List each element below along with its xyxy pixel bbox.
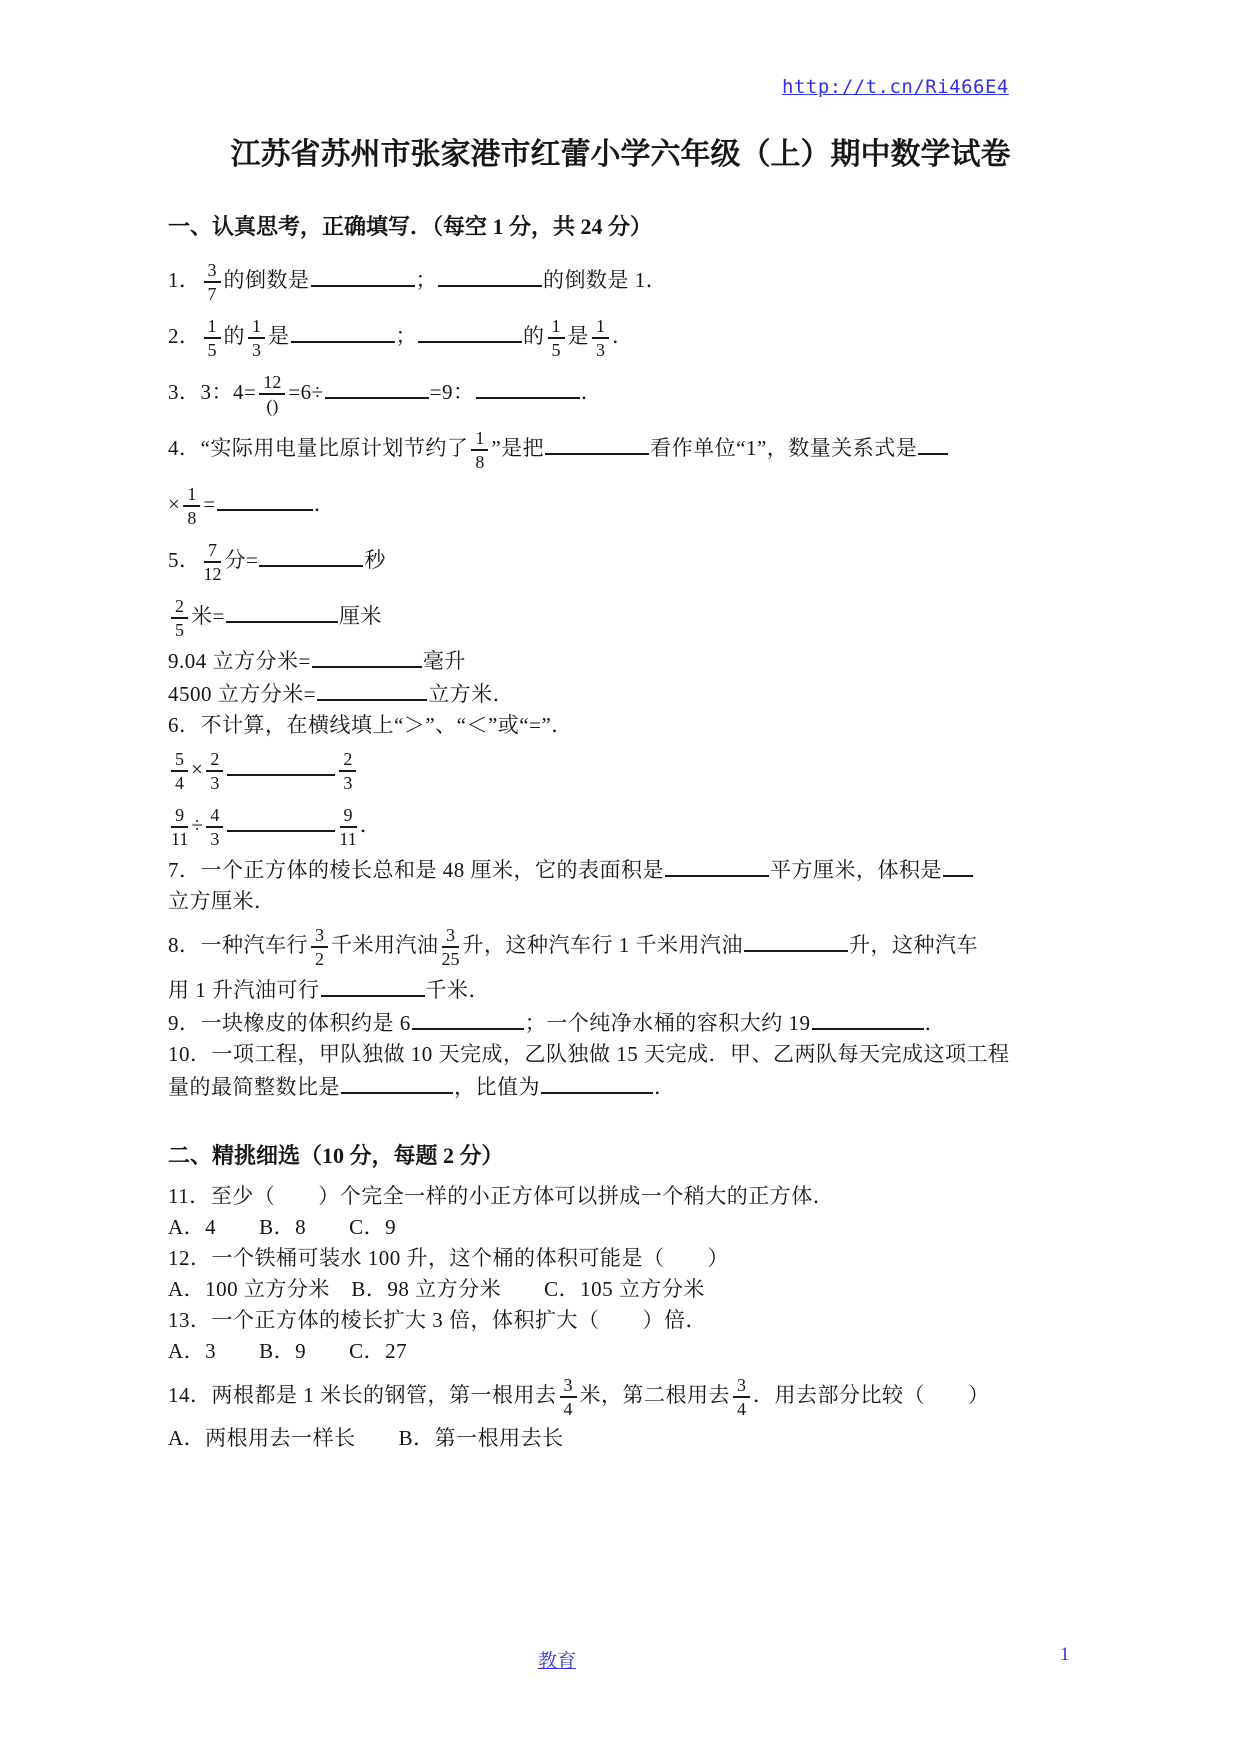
text-run: × — [191, 757, 203, 781]
question-1: 1．37的倒数是；的倒数是 1． — [168, 252, 1073, 308]
text-run: 10．一项工程，甲队独做 10 天完成，乙队独做 15 天完成．甲、乙两队每天完… — [168, 1042, 1010, 1066]
text-run: 用 1 升汽油可行 — [168, 978, 320, 1002]
text-run: 秒 — [364, 548, 386, 572]
question-10-line-1: 10．一项工程，甲队独做 10 天完成，乙队独做 15 天完成．甲、乙两队每天完… — [168, 1039, 1073, 1070]
question-9: 9．一块橡皮的体积约是 6；一个纯净水桶的容积大约 19． — [168, 1006, 1073, 1039]
question-5-line-2: 25米=厘米 — [168, 588, 1073, 644]
blank-field — [312, 644, 422, 668]
fraction: 15 — [204, 316, 221, 360]
question-6-compare-1: 54×2323 — [168, 741, 1073, 797]
text-run: 8．一种汽车行 — [168, 933, 308, 957]
fraction: 23 — [206, 749, 223, 793]
text-run: ． — [314, 492, 336, 516]
question-5-line-1: 5．712分=秒 — [168, 532, 1073, 588]
fraction: 712 — [204, 540, 222, 584]
blank-field — [412, 1006, 524, 1030]
question-11: 11．至少（ ）个完全一样的小正方体可以拼成一个稍大的正方体． — [168, 1181, 1073, 1212]
text-run: 米= — [191, 604, 225, 628]
question-12-options: A．100 立方分米 B．98 立方分米 C．105 立方分米 — [168, 1274, 1073, 1305]
text-run: × — [168, 492, 180, 516]
text-run: 2． — [168, 324, 201, 348]
text-run: 米，第二根用去 — [580, 1383, 731, 1407]
question-6-compare-2: 911÷43911． — [168, 797, 1073, 853]
section-1-heading: 一、认真思考，正确填写．（每空 1 分，共 24 分） — [168, 212, 1073, 242]
question-14-options: A．两根用去一样长 B．第一根用去长 — [168, 1423, 1073, 1454]
blank-field — [541, 1070, 653, 1094]
text-run: 量的最简整数比是 — [168, 1075, 340, 1099]
text-run: 毫升 — [423, 649, 466, 673]
text-run: A．3 B．9 C．27 — [168, 1339, 407, 1363]
text-run: 3．3：4= — [168, 380, 256, 404]
text-run: ，比值为 — [454, 1075, 540, 1099]
fraction: 25 — [171, 596, 188, 640]
blank-field — [259, 543, 363, 567]
text-run: 立方米． — [428, 682, 514, 706]
blank-field — [227, 808, 335, 832]
exam-page: http://t.cn/Ri466E4 江苏省苏州市张家港市红蕾小学六年级（上）… — [0, 0, 1241, 1754]
text-run: 看作单位“1”，数量关系式是 — [650, 436, 917, 460]
question-5-line-3: 9.04 立方分米=毫升 — [168, 644, 1073, 677]
text-run: ÷ — [191, 813, 203, 837]
text-run: 升，这种汽车行 1 千米用汽油 — [463, 933, 744, 957]
question-5-line-4: 4500 立方分米=立方米． — [168, 677, 1073, 710]
text-run: ”是把 — [491, 436, 544, 460]
text-run: ． — [581, 380, 603, 404]
text-run: 1． — [168, 268, 201, 292]
blank-field — [341, 1070, 453, 1094]
fraction: 18 — [183, 484, 200, 528]
question-6: 6．不计算，在横线填上“＞”、“＜”或“=”． — [168, 710, 1073, 741]
text-run: 平方厘米，体积是 — [770, 858, 942, 882]
text-run: 4．“实际用电量比原计划节约了 — [168, 436, 468, 460]
blank-field — [812, 1006, 924, 1030]
fraction: 32 — [311, 925, 328, 969]
blank-field — [227, 752, 335, 776]
text-run: 12．一个铁桶可装水 100 升，这个桶的体积可能是（ ） — [168, 1246, 729, 1270]
text-run: A．100 立方分米 B．98 立方分米 C．105 立方分米 — [168, 1277, 705, 1301]
text-run: = — [203, 492, 215, 516]
blank-field — [217, 487, 313, 511]
fraction: 18 — [471, 428, 488, 472]
blank-field — [321, 973, 425, 997]
text-run: 5． — [168, 548, 201, 572]
text-run: 13．一个正方体的棱长扩大 3 倍，体积扩大（ ）倍． — [168, 1308, 707, 1332]
fraction: 13 — [248, 316, 265, 360]
question-13: 13．一个正方体的棱长扩大 3 倍，体积扩大（ ）倍． — [168, 1305, 1073, 1336]
text-run: 千米用汽油 — [331, 933, 439, 957]
fraction: 13 — [592, 316, 609, 360]
question-4-line-1: 4．“实际用电量比原计划节约了18”是把看作单位“1”，数量关系式是 — [168, 420, 1073, 476]
blank-field — [438, 263, 542, 287]
text-run: 7．一个正方体的棱长总和是 48 厘米，它的表面积是 — [168, 858, 664, 882]
question-10-line-2: 量的最简整数比是，比值为． — [168, 1070, 1073, 1103]
text-run: 的倒数是 1． — [543, 268, 667, 292]
blank-field — [311, 263, 415, 287]
text-run: ． — [925, 1011, 947, 1035]
text-run: ． — [360, 813, 382, 837]
blank-field — [317, 677, 427, 701]
text-run: 升，这种汽车 — [849, 933, 978, 957]
text-run: 分= — [225, 548, 259, 572]
text-run: 9．一块橡皮的体积约是 6 — [168, 1011, 411, 1035]
section-2-heading: 二、精挑细选（10 分，每题 2 分） — [168, 1141, 1073, 1171]
blank-field — [291, 319, 395, 343]
text-run: 9.04 立方分米= — [168, 649, 311, 673]
question-8-line-2: 用 1 升汽油可行千米． — [168, 973, 1073, 1006]
fraction: 325 — [442, 925, 460, 969]
text-run: 的 — [224, 324, 246, 348]
text-run: ． — [654, 1075, 676, 1099]
fraction: 43 — [206, 805, 223, 849]
text-run: 的倒数是 — [224, 268, 310, 292]
text-run: A．4 B．8 C．9 — [168, 1215, 396, 1239]
fraction: 34 — [560, 1375, 577, 1419]
fraction: 12() — [259, 372, 285, 416]
question-12: 12．一个铁桶可装水 100 升，这个桶的体积可能是（ ） — [168, 1243, 1073, 1274]
question-7-line-2: 立方厘米． — [168, 886, 1073, 917]
question-3: 3．3：4=12()=6÷=9：． — [168, 364, 1073, 420]
question-13-options: A．3 B．9 C．27 — [168, 1336, 1073, 1367]
text-run: 千米． — [426, 978, 491, 1002]
text-run: ；一个纯净水桶的容积大约 19 — [525, 1011, 811, 1035]
blank-field — [665, 853, 769, 877]
fraction: 23 — [339, 749, 356, 793]
text-run: 6．不计算，在横线填上“＞”、“＜”或“=”． — [168, 713, 573, 737]
text-run: 厘米 — [339, 604, 382, 628]
text-run: 11．至少（ ）个完全一样的小正方体可以拼成一个稍大的正方体． — [168, 1184, 834, 1208]
blank-field — [943, 853, 973, 877]
fraction: 37 — [204, 260, 221, 304]
text-run: =9： — [430, 380, 475, 404]
fraction: 34 — [733, 1375, 750, 1419]
blank-field — [744, 928, 848, 952]
footer-page-number: 1 — [1060, 1644, 1070, 1666]
blank-field — [226, 599, 338, 623]
footer-site-link[interactable]: 教育 — [538, 1646, 576, 1673]
page-title: 江苏省苏州市张家港市红蕾小学六年级（上）期中数学试卷 — [168, 134, 1073, 176]
blank-field — [918, 431, 948, 455]
text-run: A．两根用去一样长 B．第一根用去长 — [168, 1426, 564, 1450]
text-run: ； — [396, 324, 418, 348]
question-7-line-1: 7．一个正方体的棱长总和是 48 厘米，它的表面积是平方厘米，体积是 — [168, 853, 1073, 886]
text-run: ．用去部分比较（ ） — [753, 1383, 990, 1407]
blank-field — [476, 375, 580, 399]
text-run: 14．两根都是 1 米长的钢管，第一根用去 — [168, 1383, 557, 1407]
fraction: 15 — [548, 316, 565, 360]
question-11-options: A．4 B．8 C．9 — [168, 1212, 1073, 1243]
text-run: ； — [416, 268, 438, 292]
question-4-line-2: ×18=． — [168, 476, 1073, 532]
text-run: =6÷ — [288, 380, 323, 404]
fraction: 911 — [339, 805, 356, 849]
text-run: 4500 立方分米= — [168, 682, 316, 706]
fraction: 54 — [171, 749, 188, 793]
text-run: 的 — [523, 324, 545, 348]
question-8-line-1: 8．一种汽车行32千米用汽油325升，这种汽车行 1 千米用汽油升，这种汽车 — [168, 917, 1073, 973]
text-run: 是 — [568, 324, 590, 348]
blank-field — [545, 431, 649, 455]
question-2: 2．15的13是；的15是13． — [168, 308, 1073, 364]
question-14: 14．两根都是 1 米长的钢管，第一根用去34米，第二根用去34．用去部分比较（… — [168, 1367, 1073, 1423]
fraction: 911 — [171, 805, 188, 849]
blank-field — [325, 375, 429, 399]
document-body: 一、认真思考，正确填写．（每空 1 分，共 24 分）1．37的倒数是；的倒数是… — [168, 212, 1073, 1454]
blank-field — [418, 319, 522, 343]
text-run: ． — [612, 324, 634, 348]
source-url-link[interactable]: http://t.cn/Ri466E4 — [782, 76, 1009, 98]
text-run: 是 — [268, 324, 290, 348]
text-run: 立方厘米． — [168, 889, 276, 913]
